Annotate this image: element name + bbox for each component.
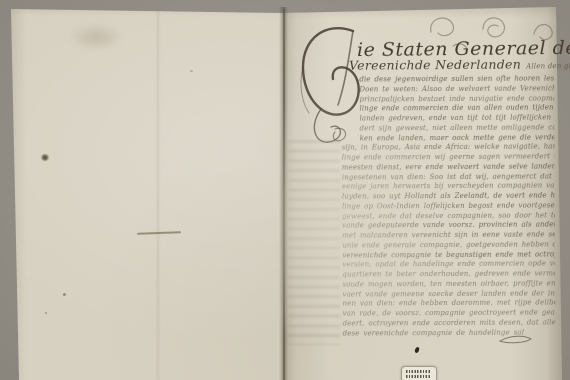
- manuscript-body-text: die dese jegenwoirdige sullen sien ofte …: [341, 74, 555, 341]
- manuscript-photo: ie Staten Generael der Vereenichde Neder…: [0, 0, 570, 380]
- end-of-text-flourish: [498, 333, 534, 345]
- page-fold-line: [283, 9, 285, 380]
- label-microtext-row: [406, 370, 431, 373]
- heading-line2-text: Vereenichde Nederlanden: [349, 57, 521, 73]
- heading-line2: Vereenichde NederlandenAllen den ghenen: [349, 56, 559, 72]
- ink-showthrough: [288, 140, 340, 345]
- archive-label-sticker: [401, 366, 437, 380]
- heading-continuation: Allen den ghenen: [526, 62, 570, 70]
- label-microtext-row: [406, 375, 431, 378]
